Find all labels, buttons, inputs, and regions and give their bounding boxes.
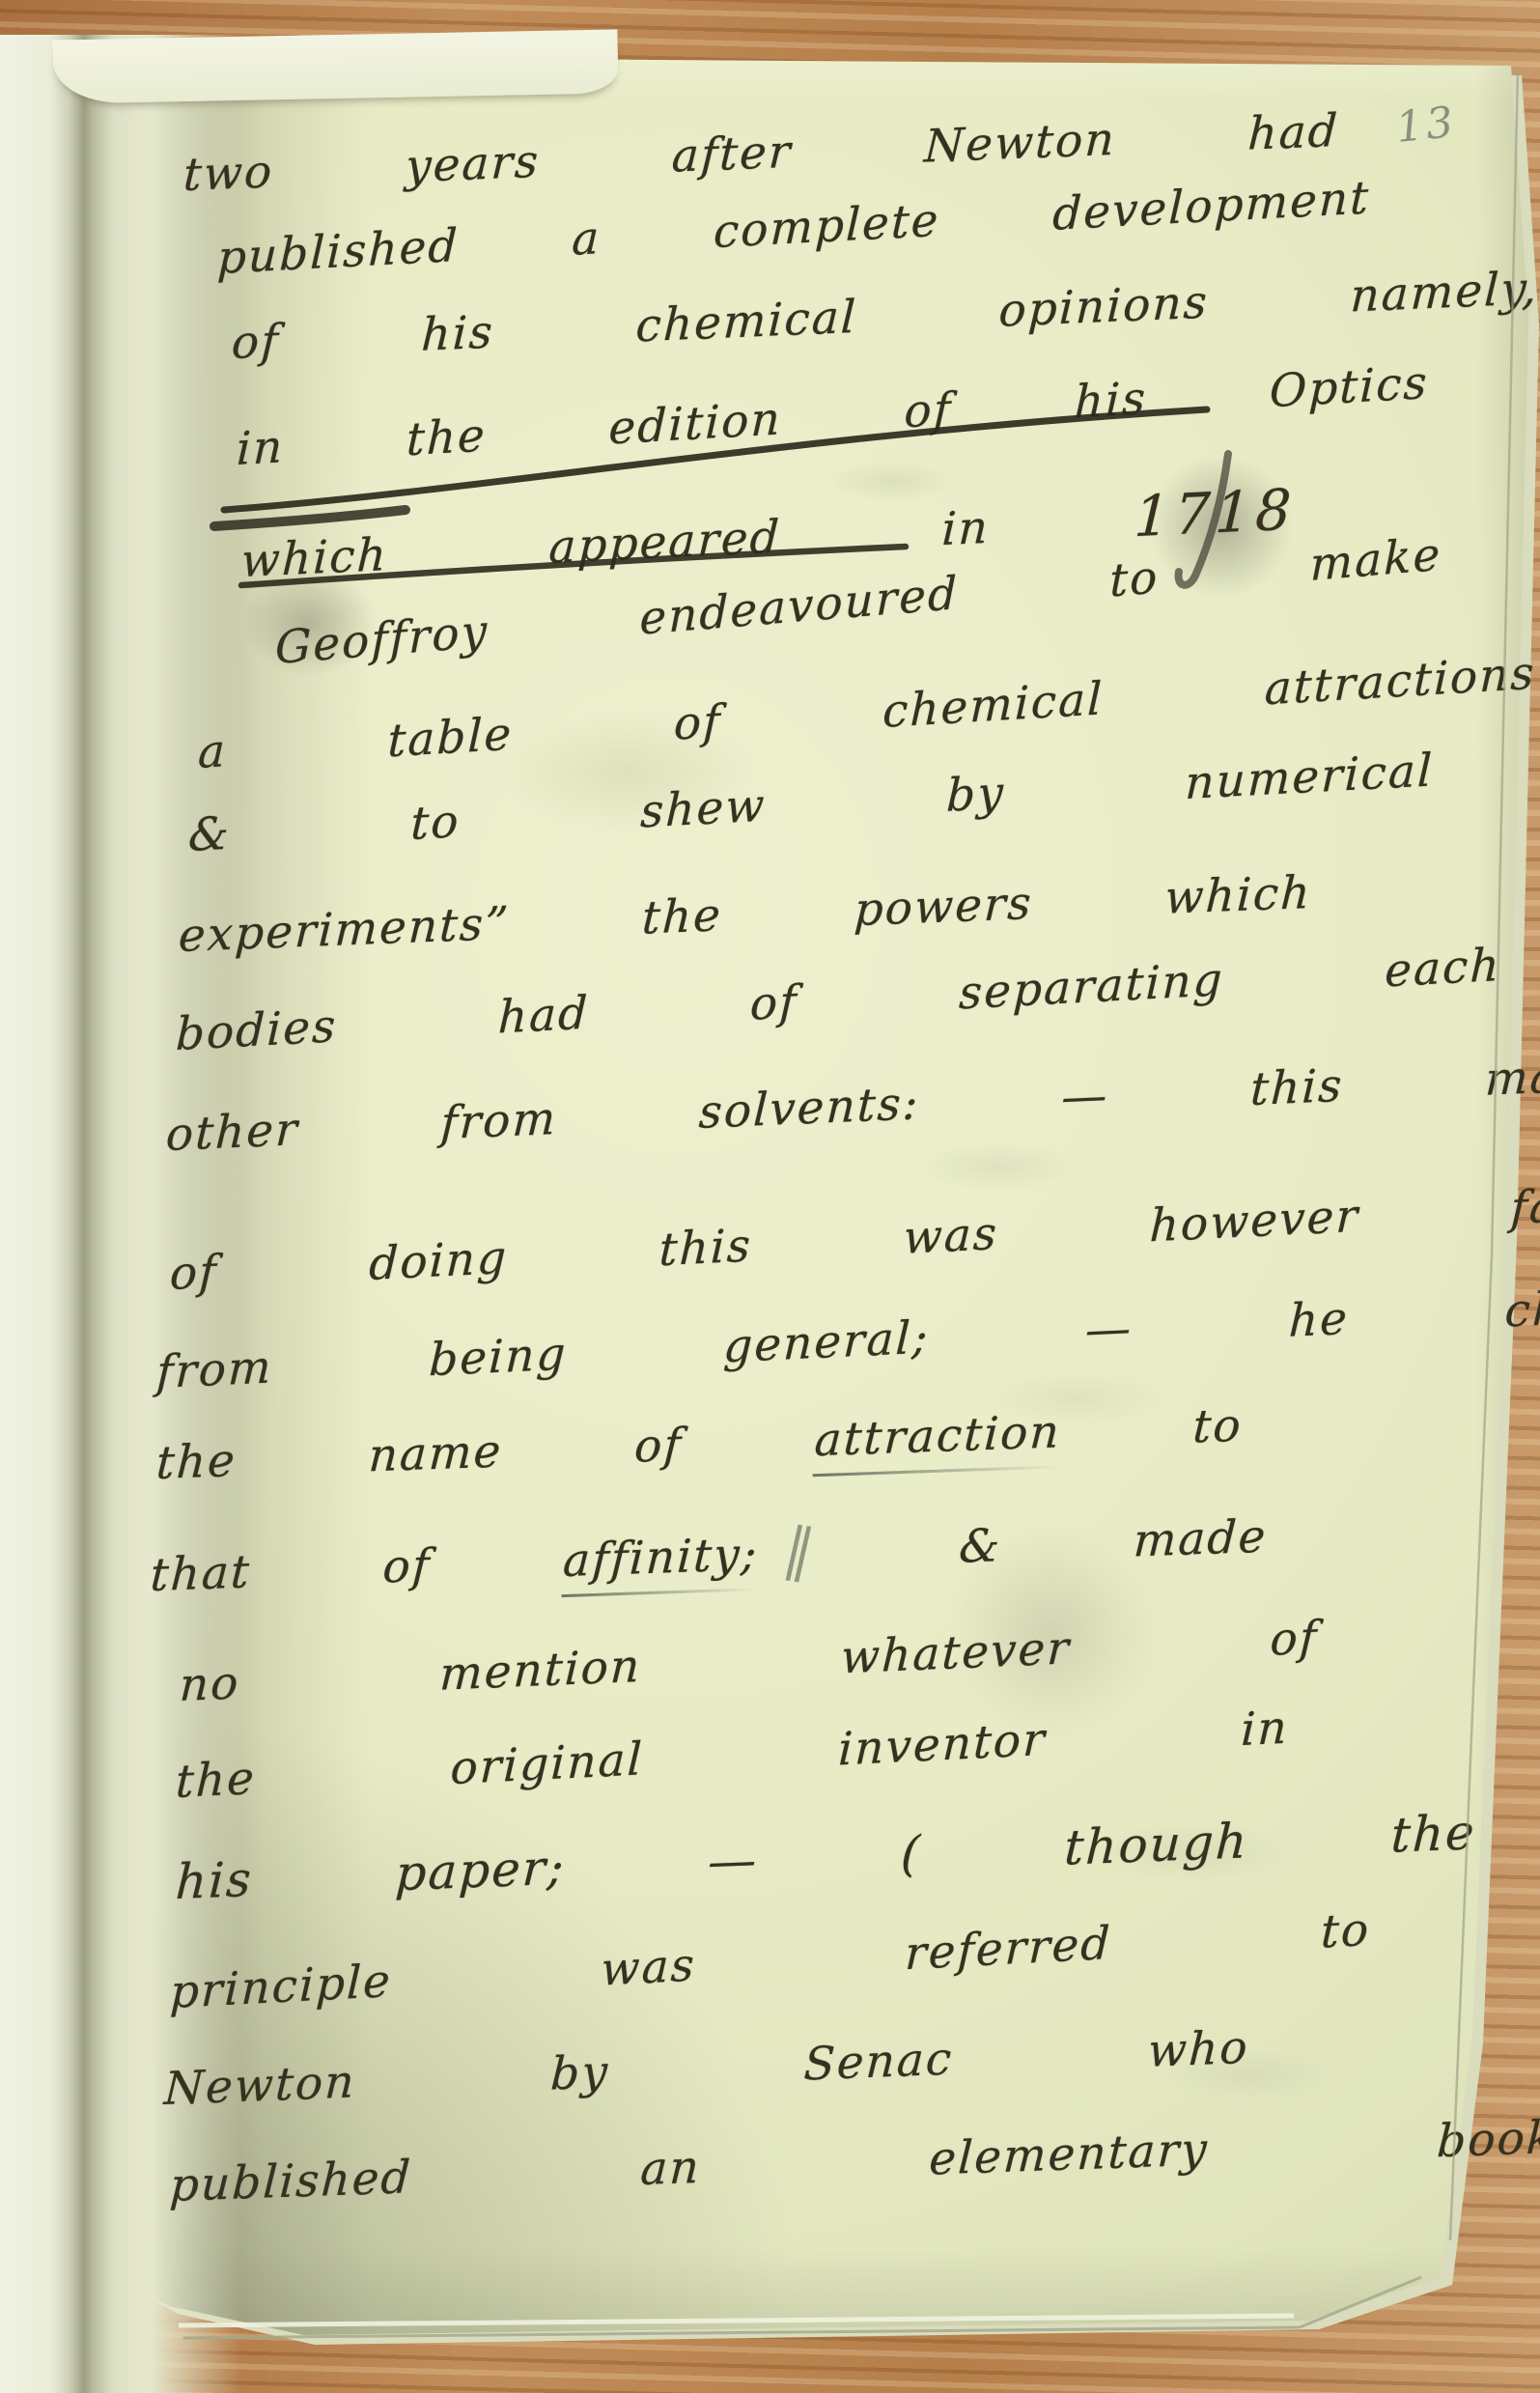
line-text: to: [1059, 1399, 1244, 1459]
photograph-of-manuscript: { "manuscript": { "page_number": "13", "…: [0, 0, 1540, 2393]
page-number: 13: [1394, 98, 1459, 153]
page-top-curl: [52, 29, 618, 103]
page-stack-left-edge: [0, 35, 261, 2393]
year-1718: 1718: [1133, 476, 1297, 549]
pencil-double-stroke: ‖: [779, 1519, 815, 1578]
underlined-word-attraction: attraction: [813, 1405, 1062, 1477]
underlined-word-affinity: affinity;: [561, 1528, 760, 1597]
